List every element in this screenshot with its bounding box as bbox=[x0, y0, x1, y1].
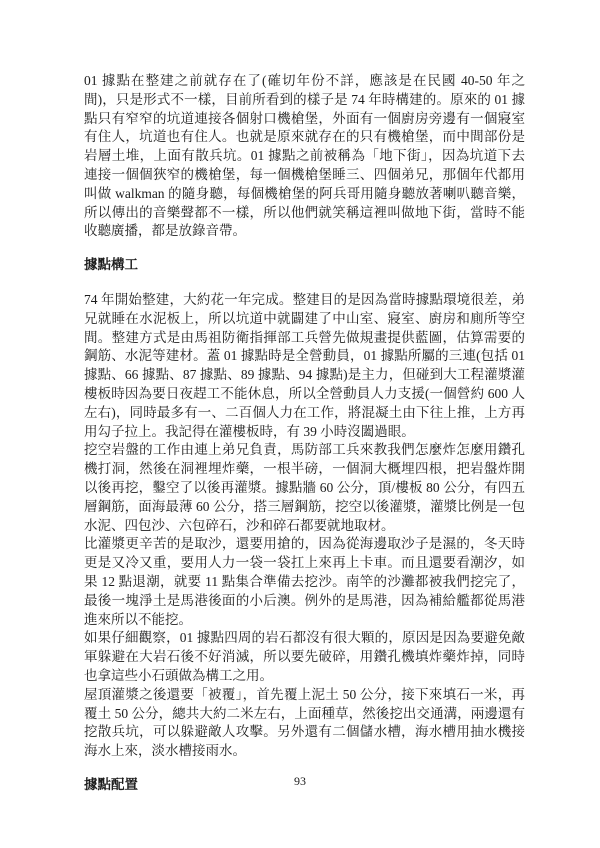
body-paragraph: 74 年開始整建，大約花一年完成。整建目的是因為當時據點環境很差，弟兄就睡在水泥… bbox=[84, 291, 525, 441]
body-paragraph: 挖空岩盤的工作由連上弟兄負責，馬防部工兵來教我們怎麼炸怎麼用鑽孔機打洞，然後在洞… bbox=[84, 441, 525, 535]
body-paragraph: 比灌漿更辛苦的是取沙，還要用搶的，因為從海邊取沙子是濕的，冬天時更是又冷又重，要… bbox=[84, 535, 525, 629]
page-number: 93 bbox=[0, 772, 600, 791]
document-page: 01 據點在整建之前就存在了(確切年份不詳，應該是在民國 40-50 年之間)，… bbox=[0, 0, 600, 848]
section-heading: 據點構工 bbox=[84, 256, 525, 275]
document-body: 01 據點在整建之前就存在了(確切年份不詳，應該是在民國 40-50 年之間)，… bbox=[84, 72, 525, 795]
body-paragraph: 如果仔細觀察，01 據點四周的岩石都沒有很大顆的，原因是因為要避免敵軍躲避在大岩… bbox=[84, 629, 525, 685]
body-paragraph: 屋頂灌漿之後還要「被覆」，首先覆上泥土 50 公分，接下來填石一米，再覆土 50… bbox=[84, 686, 525, 761]
body-paragraph: 01 據點在整建之前就存在了(確切年份不詳，應該是在民國 40-50 年之間)，… bbox=[84, 72, 525, 241]
